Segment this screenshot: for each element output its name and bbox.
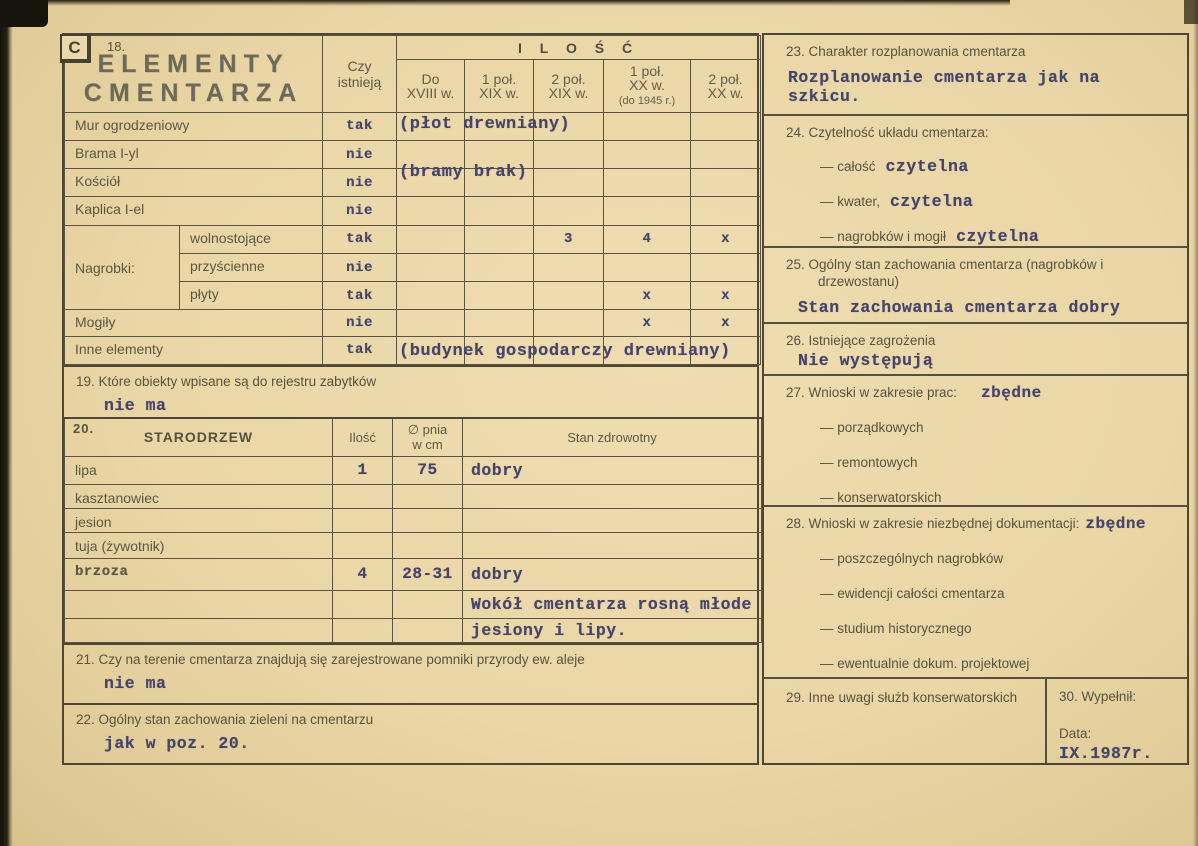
tree-label: tuja (żywotnik) (65, 532, 333, 558)
section21-label: 21. Czy na terenie cmentarza znajdują si… (64, 645, 757, 667)
table-row: lipa 1 75 dobry (65, 456, 762, 484)
section-27: 27. Wnioski w zakresie prac: zbędne — po… (764, 374, 1187, 505)
tree-diameter (393, 484, 463, 508)
row-label: płyty (180, 282, 323, 310)
qty-cell (691, 253, 761, 281)
section22-answer: jak w poz. 20. (104, 734, 757, 753)
qty-cell (397, 253, 465, 281)
tree-diameter (393, 618, 463, 642)
exists-value: nie (323, 253, 397, 281)
section-25: 25. Ogólny stan zachowania cmentarza (na… (764, 246, 1187, 322)
left-form-block: 18. ELEMENTY CMENTARZA Czy istnieją I L … (62, 33, 759, 765)
tree-diameter: 28-31 (393, 558, 463, 590)
scan-corner-top-left (0, 0, 48, 27)
scan-edge-top (0, 0, 1010, 6)
period-col-2: 1 poł.XIX w. (465, 60, 534, 112)
section-letter: C (68, 38, 80, 57)
period-col-4: 1 poł.XX w.(do 1945 r.) (604, 60, 691, 112)
qty-cell (604, 112, 691, 140)
tree-count: 4 (333, 558, 393, 590)
bullet-label: — poszczególnych nagrobków (820, 551, 1003, 566)
section26-answer: Nie występują (798, 351, 1177, 370)
bullet-conservation: — konserwatorskich (820, 490, 1177, 505)
exists-value: nie (323, 197, 397, 225)
tree-label: jesion (65, 508, 333, 532)
section-30: 30. Wypełnił: Data: IX.1987r. (1047, 679, 1187, 763)
typed-note-fence: (płot drewniany) (399, 115, 570, 134)
section-19: 19. Które obiekty wpisane są do rejestru… (64, 365, 757, 417)
tree-health: dobry (463, 558, 762, 590)
bullet-repairs: — remontowych (820, 455, 1177, 470)
bullet-label: — ewidencji całości cmentarza (820, 586, 1005, 601)
section-23: 23. Charakter rozplanowania cmentarza Ro… (764, 35, 1187, 114)
section25-answer: Stan zachowania cmentarza dobry (798, 298, 1177, 317)
qty-cell (397, 225, 465, 253)
scan-edge-right (1193, 0, 1198, 846)
tree-label: brzoza (65, 558, 333, 590)
bullet-inventory: — ewidencji całości cmentarza (820, 586, 1177, 601)
qty-cell (691, 140, 761, 168)
qty-cell (691, 169, 761, 197)
section29-label: 29. Inne uwagi służb konserwatorskich (786, 689, 1037, 706)
tree-count (333, 532, 393, 558)
section25-label: 25. Ogólny stan zachowania cmentarza (na… (786, 256, 1148, 290)
section19-answer: nie ma (104, 396, 757, 415)
table-row: Wokół cmentarza rosną młode (65, 590, 762, 618)
group-label-nagrobki: Nagrobki: (65, 225, 180, 310)
bullet-typed-value: czytelna (956, 227, 1039, 246)
cemetery-elements-table: 18. ELEMENTY CMENTARZA Czy istnieją I L … (64, 35, 761, 365)
bullet-typed-value: czytelna (886, 157, 969, 176)
old-trees-table: 20. STARODRZEW Ilość ∅ pniaw cm Stan zdr… (64, 417, 762, 643)
row-label: Inne elementy (65, 336, 323, 364)
tree-diameter (393, 532, 463, 558)
table-row: jesion (65, 508, 762, 532)
qty-cell (534, 282, 604, 310)
exists-value: tak (323, 225, 397, 253)
qty-cell: x (604, 310, 691, 336)
table-row: Mogiły nie x x (65, 310, 761, 336)
qty-cell: 3 (534, 225, 604, 253)
table18-title-line2: CMENTARZA (65, 79, 322, 108)
qty-cell (465, 282, 534, 310)
qty-cell: x (691, 225, 761, 253)
scan-edge-left (0, 0, 13, 846)
tree-count: 1 (333, 456, 393, 484)
section26-label: 26. Istniejące zagrożenia (786, 332, 1177, 349)
section23-label: 23. Charakter rozplanowania cmentarza (786, 43, 1177, 60)
bullet-label: — remontowych (820, 455, 918, 470)
tree-diameter (393, 590, 463, 618)
period-col-3: 2 poł.XIX w. (534, 60, 604, 112)
qty-cell (604, 197, 691, 225)
qty-cell (534, 253, 604, 281)
bullet-label: — konserwatorskich (820, 490, 942, 505)
tree-label: lipa (65, 456, 333, 484)
qty-cell (397, 282, 465, 310)
table18-title-line1: ELEMENTY (65, 50, 322, 79)
section18-number: 18. (107, 39, 125, 54)
tree-count (333, 618, 393, 642)
section22-label: 22. Ogólny stan zachowania zieleni na cm… (64, 705, 757, 727)
bullet-individual-gravestones: — poszczególnych nagrobków (820, 551, 1177, 566)
section-29: 29. Inne uwagi służb konserwatorskich (764, 679, 1047, 763)
section20-number: 20. (73, 421, 94, 436)
bullet-label: — kwater, (820, 194, 880, 209)
qty-cell (534, 197, 604, 225)
column-header-diameter: ∅ pniaw cm (393, 418, 463, 456)
exists-value: tak (323, 282, 397, 310)
qty-cell (604, 169, 691, 197)
tree-diameter (393, 508, 463, 532)
section-28: 28. Wnioski w zakresie niezbędnej dokume… (764, 505, 1187, 677)
bullet-label: — nagrobków i mogił (820, 229, 946, 244)
qty-cell (465, 225, 534, 253)
row-label: Mur ogrodzeniowy (65, 112, 323, 140)
tree-count (333, 590, 393, 618)
qty-cell: x (691, 310, 761, 336)
section27-label: 27. Wnioski w zakresie prac: (786, 384, 957, 401)
tree-label: kasztanowiec (65, 484, 333, 508)
section30-label: 30. Wypełnił: (1059, 689, 1181, 704)
row-label: Kościół (65, 169, 323, 197)
table20-title: STARODRZEW (144, 429, 253, 445)
exists-value: nie (323, 310, 397, 336)
section-24: 24. Czytelność układu cmentarza: — całoś… (764, 114, 1187, 246)
qty-cell (465, 310, 534, 336)
typed-note-building: (budynek gospodarczy drewniany) (399, 342, 731, 361)
table-row: kasztanowiec (65, 484, 762, 508)
section-22: 22. Ogólny stan zachowania zieleni na cm… (64, 703, 757, 763)
qty-cell (691, 197, 761, 225)
column-header-count: Ilość (333, 418, 393, 456)
table-row: Nagrobki: wolnostojące tak 3 4 x (65, 225, 761, 253)
section27-answer: zbędne (981, 384, 1042, 402)
tree-note-line1: Wokół cmentarza rosną młode (463, 590, 762, 618)
tree-health: dobry (463, 456, 762, 484)
bullet-project-docs: — ewentualnie dokum. projektowej (820, 656, 1177, 671)
bullet-whole: — całość czytelna (820, 157, 1177, 176)
table-row: Kaplica I-el nie (65, 197, 761, 225)
section24-label: 24. Czytelność układu cmentarza: (786, 124, 1177, 141)
bullet-typed-value: czytelna (890, 192, 973, 211)
row-label: Kaplica I-el (65, 197, 323, 225)
bullet-quarters: — kwater, czytelna (820, 192, 1177, 211)
qty-cell (397, 197, 465, 225)
exists-value: nie (323, 140, 397, 168)
qty-cell: 4 (604, 225, 691, 253)
qty-cell (691, 112, 761, 140)
qty-cell (604, 253, 691, 281)
qty-cell (534, 140, 604, 168)
qty-cell (534, 310, 604, 336)
column-header-health: Stan zdrowotny (463, 418, 762, 456)
section21-answer: nie ma (104, 674, 757, 693)
exists-value: tak (323, 112, 397, 140)
qty-cell (465, 197, 534, 225)
bullet-label: — ewentualnie dokum. projektowej (820, 656, 1029, 671)
row-label: Mogiły (65, 310, 323, 336)
qty-cell: x (604, 282, 691, 310)
bullet-tidying: — porządkowych (820, 420, 1177, 435)
bullet-gravestones: — nagrobków i mogił czytelna (820, 227, 1177, 246)
row-label: wolnostojące (180, 225, 323, 253)
period-col-5: 2 poł.XX w. (691, 60, 761, 112)
table-row: jesiony i lipy. (65, 618, 762, 642)
tree-count (333, 508, 393, 532)
table18-title: ELEMENTY CMENTARZA (65, 40, 322, 108)
tree-label (65, 618, 333, 642)
section-26: 26. Istniejące zagrożenia Nie występują (764, 322, 1187, 374)
column-header-exists: Czy istnieją (323, 36, 397, 113)
section28-label: 28. Wnioski w zakresie niezbędnej dokume… (786, 515, 1079, 532)
qty-cell (534, 169, 604, 197)
tree-diameter: 75 (393, 456, 463, 484)
row-label: przyścienne (180, 253, 323, 281)
right-form-block: 23. Charakter rozplanowania cmentarza Ro… (762, 33, 1189, 765)
section30-date-label: Data: (1059, 726, 1181, 741)
tree-label (65, 590, 333, 618)
bullet-historical-study: — studium historycznego (820, 621, 1177, 636)
exists-value: nie (323, 169, 397, 197)
tree-health (463, 484, 762, 508)
exists-value: tak (323, 336, 397, 364)
section-21: 21. Czy na terenie cmentarza znajdują si… (64, 643, 757, 703)
tree-health (463, 508, 762, 532)
bullet-label: — porządkowych (820, 420, 924, 435)
tree-health (463, 532, 762, 558)
qty-cell (397, 310, 465, 336)
table20-title-cell: 20. STARODRZEW (65, 418, 333, 456)
section28-answer: zbędne (1085, 515, 1146, 533)
section-letter-box: C (60, 34, 91, 63)
section19-label: 19. Które obiekty wpisane są do rejestru… (64, 367, 757, 389)
exists-line1: Czy (347, 58, 371, 74)
column-header-quantity: I L O Ś Ć (397, 36, 761, 60)
table18-title-cell: 18. ELEMENTY CMENTARZA (65, 36, 323, 113)
table-row: brzoza 4 28-31 dobry (65, 558, 762, 590)
row-label: Brama I-yl (65, 140, 323, 168)
table-row: tuja (żywotnik) (65, 532, 762, 558)
section23-answer: Rozplanowanie cmentarza jak na szkicu. (788, 68, 1177, 106)
bullet-label: — studium historycznego (820, 621, 972, 636)
typed-note-gate: (bramy brak) (399, 163, 527, 182)
scanned-form-page: { "paper": {"corner_letter": "C"}, "colo… (0, 0, 1198, 846)
bullet-label: — całość (820, 159, 876, 174)
tree-count (333, 484, 393, 508)
qty-cell: x (691, 282, 761, 310)
qty-cell (465, 253, 534, 281)
section30-date-value: IX.1987r. (1059, 744, 1181, 763)
section-29-30-row: 29. Inne uwagi służb konserwatorskich 30… (764, 677, 1187, 763)
tree-note-line2: jesiony i lipy. (463, 618, 762, 642)
exists-line2: istnieją (338, 74, 382, 90)
period-col-1: DoXVIII w. (397, 60, 465, 112)
qty-cell (604, 140, 691, 168)
